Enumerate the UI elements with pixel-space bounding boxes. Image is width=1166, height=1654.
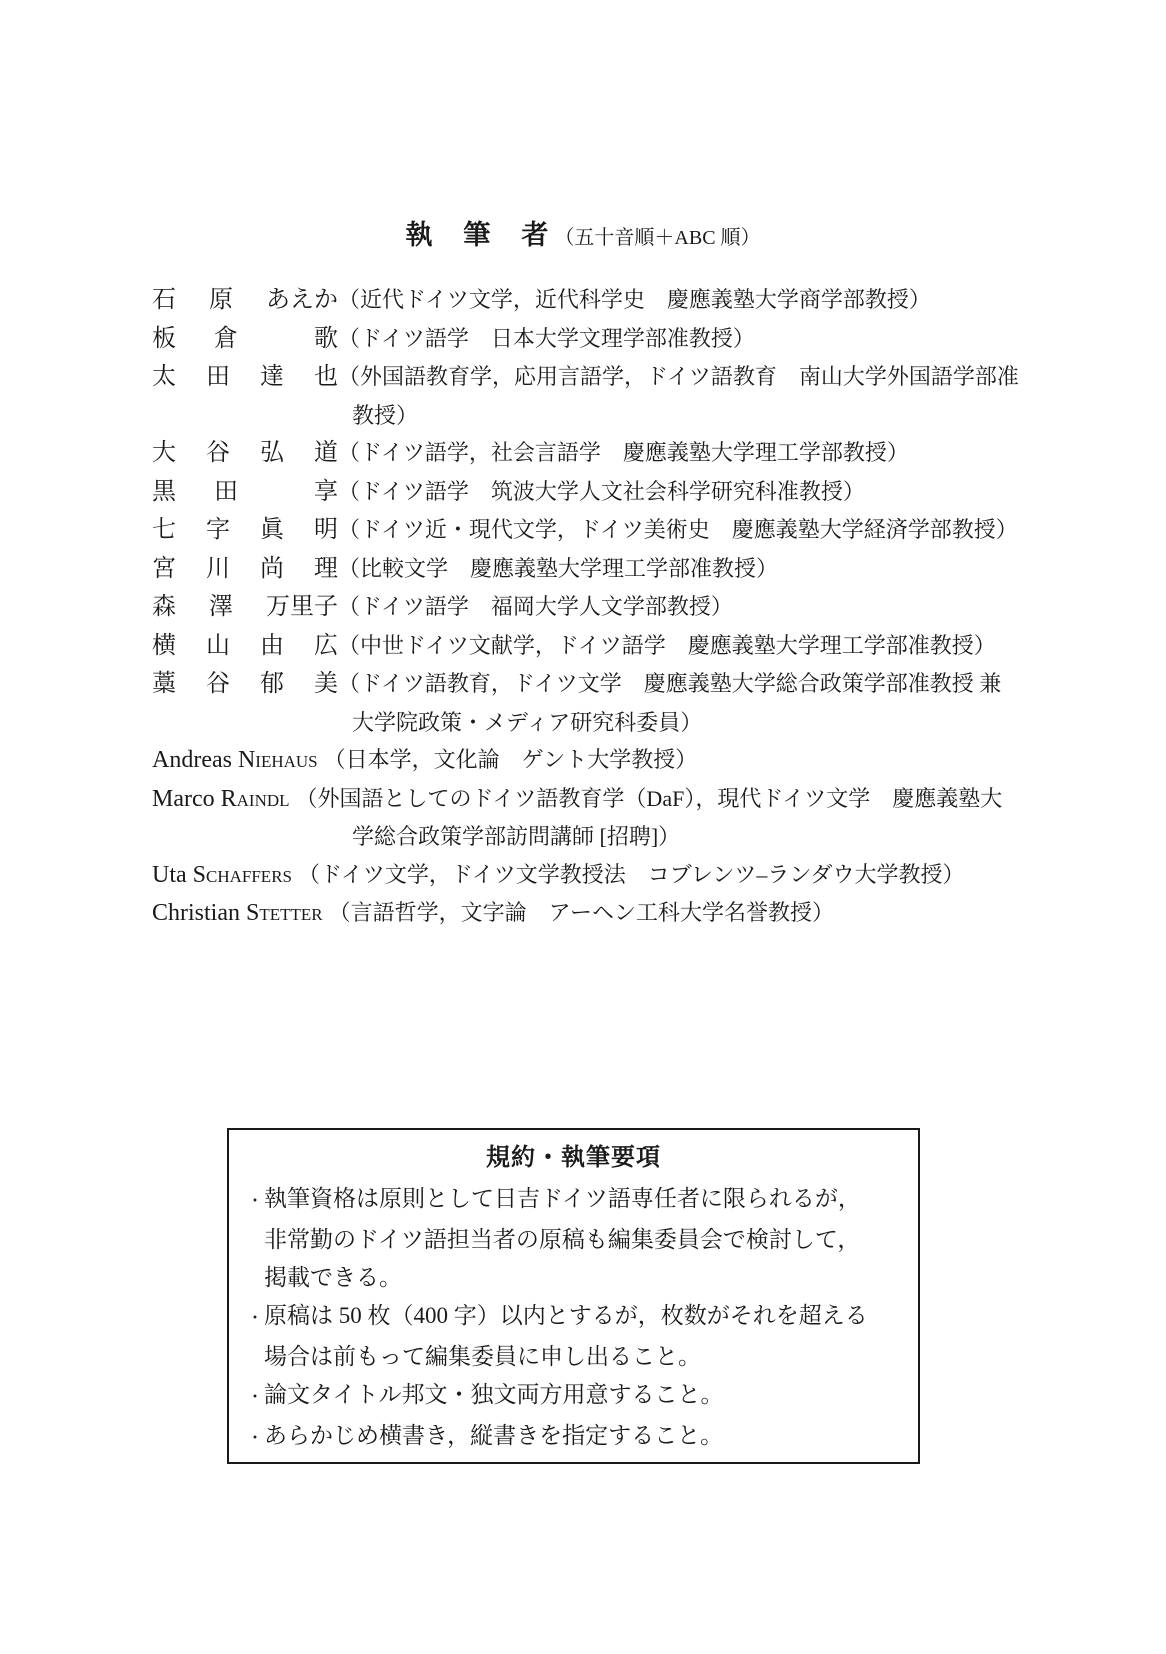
contributor-name-part: 谷 [206,435,230,473]
contributor-name-part: 郁 [260,666,284,704]
contributor-name-part: 也 [314,359,338,397]
contributor-surname: Stetter [246,900,323,926]
contributor-name-part: 大 [152,435,176,473]
contributor-line: 大谷弘道（ドイツ語学，社会言語学 慶應義塾大学理工学部教授） [152,434,1052,473]
document-page: 執 筆 者（五十音順＋ABC 順） 石原あえか（近代ドイツ文学，近代科学史 慶應… [0,0,1166,1654]
contributor-row: 太田達也（外国語教育学，応用言語学，ドイツ語教育 南山大学外国語学部准教授） [152,358,1052,434]
contributor-name-part: 太 [152,359,176,397]
contributor-row: Christian Stetter（言語哲学，文字論 アーヘン工科大学名誉教授） [152,894,1052,933]
contributor-line: 七字眞明（ドイツ近・現代文学，ドイツ美術史 慶應義塾大学経済学部教授） [152,511,1052,550]
contributor-row: 大谷弘道（ドイツ語学，社会言語学 慶應義塾大学理工学部教授） [152,434,1052,473]
rules-box-title: 規約・執筆要項 [247,1142,900,1174]
contributor-line: 森澤万里子（ドイツ語学 福岡大学人文学部教授） [152,588,1052,627]
bullet-marker: ・ [247,1183,264,1221]
contributor-name-part: 横 [152,628,176,666]
contributor-affiliation-continued: 学総合政策学部訪問講師 [招聘]） [152,818,1052,856]
contributor-name-part: 黒 [152,474,176,512]
contributor-name: Marco Raindl [152,786,290,812]
contributor-affiliation: （中世ドイツ文献学，ドイツ語学 慶應義塾大学理工学部准教授） [338,633,996,658]
contributor-row: 板倉歌（ドイツ語学 日本大学文理学部准教授） [152,320,1052,359]
contributor-name: 太田達也 [152,359,338,397]
contributor-name: 藁谷郁美 [152,666,338,704]
contributor-line: 藁谷郁美（ドイツ語教育，ドイツ文学 慶應義塾大学総合政策学部准教授 兼 [152,665,1052,704]
contributor-name-part: 谷 [206,666,230,704]
contributor-affiliation: （日本学，文化論 ゲント大学教授） [324,747,698,772]
contributor-affiliation: （比較文学 慶應義塾大学理工学部准教授） [338,556,778,581]
contributor-surname: Raindl [221,786,290,812]
contributor-name-part: 森 [152,589,176,627]
contributor-name: 森澤万里子 [152,589,338,627]
contributor-affiliation: （ドイツ語学 日本大学文理学部准教授） [338,326,755,351]
contributor-affiliation: （ドイツ語学 筑波大学人文社会科学研究科准教授） [338,479,865,504]
contributor-line: Christian Stetter（言語哲学，文字論 アーヘン工科大学名誉教授） [152,894,1052,933]
contributor-name-part: 山 [206,628,230,666]
contributor-name-part: 七 [152,512,176,550]
contributor-name-part: 澤 [209,589,233,627]
page-title: 執 筆 者（五十音順＋ABC 順） [0,214,1166,261]
rule-line: 場合は前もって編集委員に申し出ること。 [247,1338,900,1376]
contributor-name-part: 由 [260,628,284,666]
contributor-name: 板倉歌 [152,321,338,359]
contributor-row: 横山由広（中世ドイツ文献学，ドイツ語学 慶應義塾大学理工学部准教授） [152,627,1052,666]
rules-box: 規約・執筆要項 ・執筆資格は原則として日吉ドイツ語専任者に限られるが，非常勤のド… [227,1128,920,1464]
rules-list: ・執筆資格は原則として日吉ドイツ語専任者に限られるが，非常勤のドイツ語担当者の原… [247,1180,900,1458]
contributor-name: 宮川尚理 [152,551,338,589]
rule-item: ・執筆資格は原則として日吉ドイツ語専任者に限られるが，非常勤のドイツ語担当者の原… [247,1180,900,1297]
rule-item: ・原稿は 50 枚（400 字）以内とするが，枚数がそれを超える場合は前もって編… [247,1297,900,1376]
contributor-line: Marco Raindl（外国語としてのドイツ語教育学（DaF），現代ドイツ文学… [152,780,1052,819]
contributor-surname: Niehaus [238,747,318,773]
contributor-name-part: 板 [152,321,176,359]
contributor-line: 宮川尚理（比較文学 慶應義塾大学理工学部准教授） [152,550,1052,589]
rule-line: ・原稿は 50 枚（400 字）以内とするが，枚数がそれを超える [247,1297,900,1338]
contributor-affiliation: （近代ドイツ文学，近代科学史 慶應義塾大学商学部教授） [338,287,931,312]
contributor-line: 太田達也（外国語教育学，応用言語学，ドイツ語教育 南山大学外国語学部准 [152,358,1052,397]
contributor-name-part: 尚 [260,551,284,589]
rule-line: ・執筆資格は原則として日吉ドイツ語専任者に限られるが， [247,1180,900,1221]
contributor-name: Andreas Niehaus [152,747,318,773]
contributor-name: 横山由広 [152,628,338,666]
contributor-name: 七字眞明 [152,512,338,550]
contributor-row: 石原あえか（近代ドイツ文学，近代科学史 慶應義塾大学商学部教授） [152,281,1052,320]
rule-line: 非常勤のドイツ語担当者の原稿も編集委員会で検討して， [247,1221,900,1259]
contributor-affiliation: （ドイツ語学 福岡大学人文学部教授） [338,594,733,619]
contributor-name-part: 川 [206,551,230,589]
contributor-name-part: 眞 [260,512,284,550]
contributor-affiliation: （言語哲学，文字論 アーヘン工科大学名誉教授） [329,900,834,925]
contributor-name-part: 原 [209,282,233,320]
contributor-affiliation-continued: 教授） [152,397,1052,435]
contributor-affiliation: （ドイツ近・現代文学，ドイツ美術史 慶應義塾大学経済学部教授） [338,517,1018,542]
rule-item: ・あらかじめ横書き，縦書きを指定すること。 [247,1417,900,1458]
contributor-name: 大谷弘道 [152,435,338,473]
contributor-surname: Schaffers [193,862,292,888]
contributor-name-part: 達 [260,359,284,397]
contributor-line: 板倉歌（ドイツ語学 日本大学文理学部准教授） [152,320,1052,359]
contributor-affiliation: （ドイツ語教育，ドイツ文学 慶應義塾大学総合政策学部准教授 兼 [338,671,1001,696]
contributor-name-part: 万里子 [266,589,338,627]
contributor-name-part: 宮 [152,551,176,589]
bullet-marker: ・ [247,1379,264,1417]
contributor-name-part: あえか [266,282,338,320]
contributor-name-part: 道 [314,435,338,473]
contributor-line: Andreas Niehaus（日本学，文化論 ゲント大学教授） [152,741,1052,780]
contributor-affiliation-continued: 大学院政策・メディア研究科委員） [152,704,1052,742]
contributor-row: 宮川尚理（比較文学 慶應義塾大学理工学部准教授） [152,550,1052,589]
contributor-affiliation: （外国語教育学，応用言語学，ドイツ語教育 南山大学外国語学部准 [338,364,1019,389]
contributor-row: 藁谷郁美（ドイツ語教育，ドイツ文学 慶應義塾大学総合政策学部准教授 兼大学院政策… [152,665,1052,741]
contributor-name-part: 字 [206,512,230,550]
contributor-name-part: 弘 [260,435,284,473]
rule-line: ・あらかじめ横書き，縦書きを指定すること。 [247,1417,900,1458]
contributor-name-part: 田 [206,359,230,397]
rule-line: 掲載できる。 [247,1259,900,1297]
contributor-name: 黒田享 [152,474,338,512]
contributor-row: Marco Raindl（外国語としてのドイツ語教育学（DaF），現代ドイツ文学… [152,780,1052,856]
contributor-name: Uta Schaffers [152,862,292,888]
contributor-affiliation: （ドイツ文学，ドイツ文学教授法 コブレンツ–ランダウ大学教授） [298,862,965,887]
contributor-row: 黒田享（ドイツ語学 筑波大学人文社会科学研究科准教授） [152,473,1052,512]
contributor-name-part: 石 [152,282,176,320]
contributor-line: 横山由広（中世ドイツ文献学，ドイツ語学 慶應義塾大学理工学部准教授） [152,627,1052,666]
contributor-row: 森澤万里子（ドイツ語学 福岡大学人文学部教授） [152,588,1052,627]
contributor-name-part: 美 [314,666,338,704]
contributor-name-part: 藁 [152,666,176,704]
contributor-row: Uta Schaffers（ドイツ文学，ドイツ文学教授法 コブレンツ–ランダウ大… [152,856,1052,895]
bullet-marker: ・ [247,1420,264,1458]
contributor-line: 黒田享（ドイツ語学 筑波大学人文社会科学研究科准教授） [152,473,1052,512]
contributor-list: 石原あえか（近代ドイツ文学，近代科学史 慶應義塾大学商学部教授）板倉歌（ドイツ語… [152,281,1052,933]
contributor-line: 石原あえか（近代ドイツ文学，近代科学史 慶應義塾大学商学部教授） [152,281,1052,320]
contributor-name-part: 理 [314,551,338,589]
contributor-name-part: 広 [314,628,338,666]
contributor-name-part: 田 [214,474,238,512]
rule-line: ・論文タイトル邦文・独文両方用意すること。 [247,1376,900,1417]
page-title-text: 執 筆 者 [405,220,550,250]
contributor-name-part: 明 [314,512,338,550]
contributor-row: Andreas Niehaus（日本学，文化論 ゲント大学教授） [152,741,1052,780]
contributor-row: 七字眞明（ドイツ近・現代文学，ドイツ美術史 慶應義塾大学経済学部教授） [152,511,1052,550]
contributor-line: Uta Schaffers（ドイツ文学，ドイツ文学教授法 コブレンツ–ランダウ大… [152,856,1052,895]
contributor-name-part: 享 [314,474,338,512]
page-title-note: （五十音順＋ABC 順） [554,227,760,249]
contributor-name: 石原あえか [152,282,338,320]
contributor-name-part: 倉 [214,321,238,359]
bullet-marker: ・ [247,1300,264,1338]
contributor-affiliation: （ドイツ語学，社会言語学 慶應義塾大学理工学部教授） [338,440,909,465]
contributor-name-part: 歌 [314,321,338,359]
contributor-affiliation: （外国語としてのドイツ語教育学（DaF），現代ドイツ文学 慶應義塾大 [296,786,1003,811]
rule-item: ・論文タイトル邦文・独文両方用意すること。 [247,1376,900,1417]
contributor-name: Christian Stetter [152,900,323,926]
